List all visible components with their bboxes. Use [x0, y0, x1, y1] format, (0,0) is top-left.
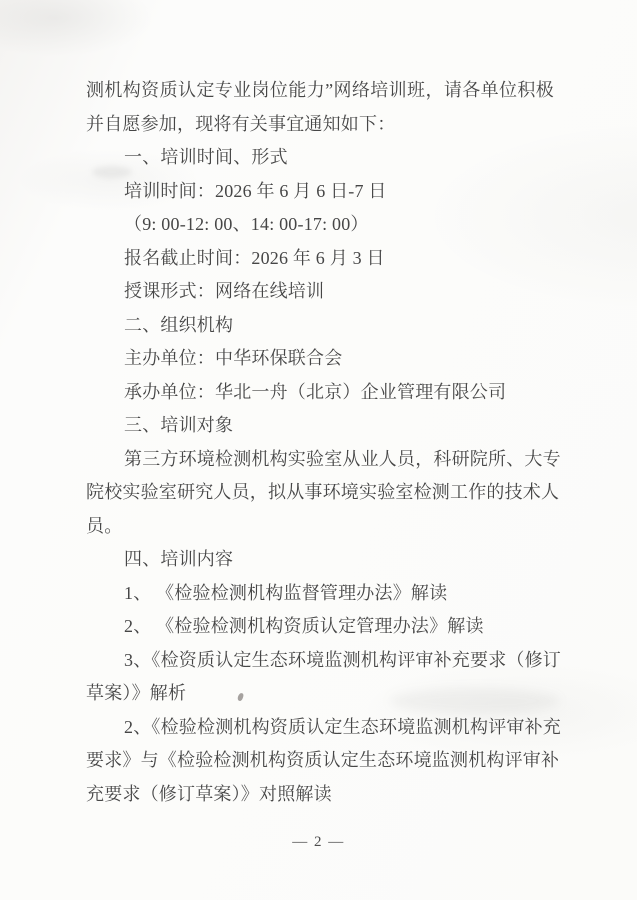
doc-text-line: 测机构资质认定专业岗位能力”网络培训班，请各单位积极: [86, 74, 554, 108]
doc-text-line: 第三方环境检测机构实验室从业人员，科研院所、大专: [86, 443, 554, 477]
doc-text-line: （9: 00-12: 00、14: 00-17: 00）: [86, 208, 554, 242]
section-heading: 一、培训时间、形式: [86, 141, 554, 175]
doc-text-line: 员。: [86, 510, 554, 544]
section-heading: 四、培训内容: [86, 543, 554, 577]
doc-text-line: 2、 《检验检测机构资质认定管理办法》解读: [86, 610, 554, 644]
section-heading: 二、组织机构: [86, 309, 554, 343]
doc-text-line: 草案）》解析: [86, 677, 554, 711]
doc-text-line: 要求》与《检验检测机构资质认定生态环境监测机构评审补: [86, 744, 554, 778]
doc-text-line: 充要求（修订草案）》对照解读: [86, 778, 554, 812]
doc-text-line: 承办单位：华北一舟（北京）企业管理有限公司: [86, 376, 554, 410]
doc-text-line: 1、 《检验检测机构监督管理办法》解读: [86, 577, 554, 611]
doc-text-line: 2、《检验检测机构资质认定生态环境监测机构评审补充: [86, 711, 554, 745]
doc-text-line: 培训时间：2026 年 6 月 6 日-7 日: [86, 175, 554, 209]
doc-text-line: 3、《检资质认定生态环境监测机构评审补充要求（修订: [86, 644, 554, 678]
scanned-page: 测机构资质认定专业岗位能力”网络培训班，请各单位积极并自愿参加，现将有关事宜通知…: [0, 0, 637, 900]
doc-text-line: 主办单位：中华环保联合会: [86, 342, 554, 376]
doc-text-line: 报名截止时间：2026 年 6 月 3 日: [86, 242, 554, 276]
doc-text-line: 院校实验室研究人员，拟从事环境实验室检测工作的技术人: [86, 476, 554, 510]
page-number: — 2 —: [0, 834, 637, 851]
doc-text-line: 授课形式：网络在线培训: [86, 275, 554, 309]
section-heading: 三、培训对象: [86, 409, 554, 443]
doc-text-line: 并自愿参加，现将有关事宜通知如下：: [86, 108, 554, 142]
document-body: 测机构资质认定专业岗位能力”网络培训班，请各单位积极并自愿参加，现将有关事宜通知…: [86, 74, 554, 811]
